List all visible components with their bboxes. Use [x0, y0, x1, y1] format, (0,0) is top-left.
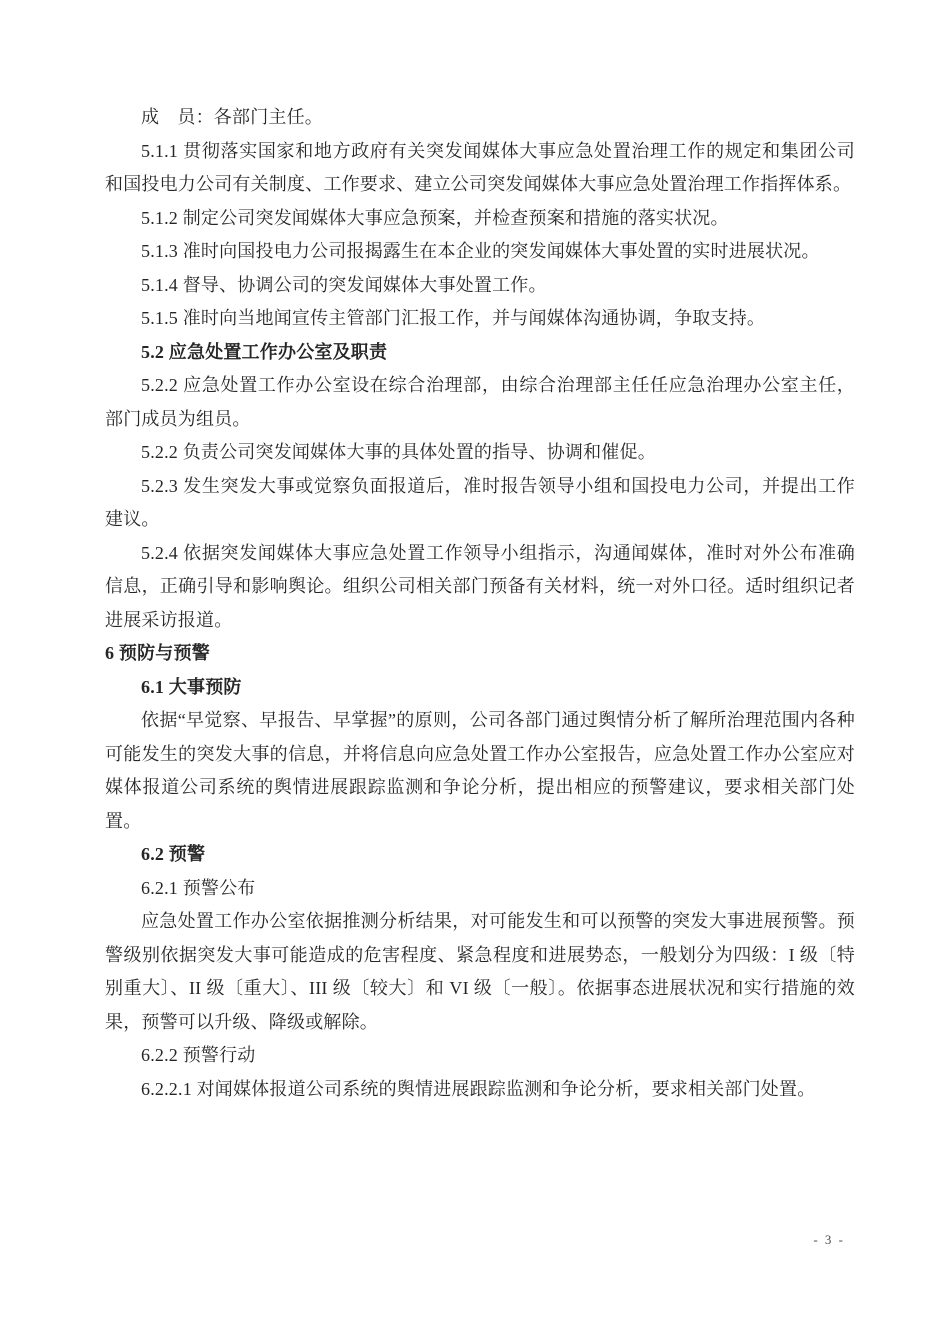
para-5-2-3: 5.2.3 发生突发大事或觉察负面报道后，准时报告领导小组和国投电力公司，并提出… [105, 470, 855, 537]
document-body: 成 员：各部门主任。 5.1.1 贯彻落实国家和地方政府有关突发闻媒体大事应急处… [0, 0, 950, 1106]
heading-5-2: 5.2 应急处置工作办公室及职责 [105, 336, 855, 370]
para-6-2-1-body: 应急处置工作办公室依据推测分析结果，对可能发生和可以预警的突发大事进展预警。预警… [105, 905, 855, 1039]
para-5-2-4: 5.2.4 依据突发闻媒体大事应急处置工作领导小组指示，沟通闻媒体，准时对外公布… [105, 537, 855, 638]
para-5-1-1: 5.1.1 贯彻落实国家和地方政府有关突发闻媒体大事应急处置治理工作的规定和集团… [105, 135, 855, 202]
para-5-1-2: 5.1.2 制定公司突发闻媒体大事应急预案，并检查预案和措施的落实状况。 [105, 202, 855, 236]
para-6-1-body: 依据“早觉察、早报告、早掌握”的原则，公司各部门通过舆情分析了解所治理范围内各种… [105, 704, 855, 838]
para-6-2-2: 6.2.2 预警行动 [105, 1039, 855, 1073]
document-page: 成 员：各部门主任。 5.1.1 贯彻落实国家和地方政府有关突发闻媒体大事应急处… [0, 0, 950, 1344]
para-5-1-4: 5.1.4 督导、协调公司的突发闻媒体大事处置工作。 [105, 269, 855, 303]
heading-6-2: 6.2 预警 [105, 838, 855, 872]
para-5-2-2-duty: 5.2.2 负责公司突发闻媒体大事的具体处置的指导、协调和催促。 [105, 436, 855, 470]
heading-6: 6 预防与预警 [105, 637, 855, 671]
page-number: - 3 - [813, 1231, 845, 1249]
para-5-1-3: 5.1.3 准时向国投电力公司报揭露生在本企业的突发闻媒体大事处置的实时进展状况… [105, 235, 855, 269]
para-members: 成 员：各部门主任。 [105, 101, 855, 135]
heading-6-1: 6.1 大事预防 [105, 671, 855, 705]
para-5-2-2-office: 5.2.2 应急处置工作办公室设在综合治理部，由综合治理部主任任应急治理办公室主… [105, 369, 855, 436]
para-6-2-1: 6.2.1 预警公布 [105, 872, 855, 906]
para-5-1-5: 5.1.5 准时向当地闻宣传主管部门汇报工作，并与闻媒体沟通协调，争取支持。 [105, 302, 855, 336]
para-6-2-2-1: 6.2.2.1 对闻媒体报道公司系统的舆情进展跟踪监测和争论分析，要求相关部门处… [105, 1073, 855, 1107]
